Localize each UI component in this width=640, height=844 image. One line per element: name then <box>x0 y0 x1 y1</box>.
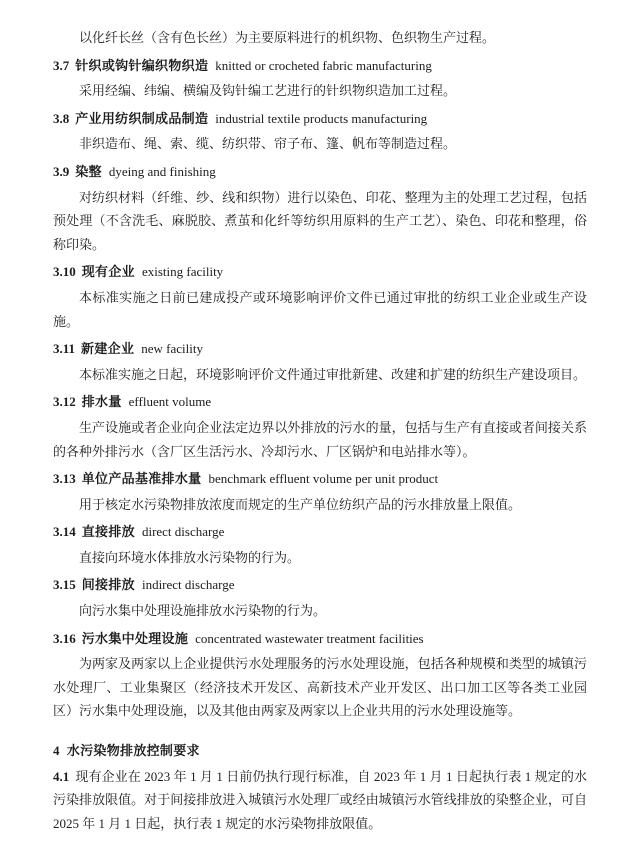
term-chinese: 染整 <box>75 164 102 179</box>
section-number: 3.15 <box>53 577 76 592</box>
definition-section-3-13: 3.13单位产品基准排水量benchmark effluent volume p… <box>53 467 587 516</box>
section-number: 3.16 <box>53 631 76 646</box>
definition-body: 采用经编、纬编、横编及钩针编工艺进行的针织物织造加工过程。 <box>53 79 587 103</box>
term-chinese: 直接排放 <box>82 524 135 539</box>
section-number: 3.13 <box>53 471 76 486</box>
term-chinese: 污水集中处理设施 <box>82 631 188 646</box>
term-english: knitted or crocheted fabric manufacturin… <box>215 58 432 73</box>
term-chinese: 排水量 <box>82 394 122 409</box>
definition-section-3-14: 3.14直接排放direct discharge 直接向环境水体排放水污染物的行… <box>53 520 587 569</box>
definition-heading: 3.15间接排放indirect discharge <box>53 573 587 597</box>
definition-body: 本标准实施之日前已建成投产或环境影响评价文件已通过审批的纺织工业企业或生产设施。 <box>53 286 587 333</box>
term-english: new facility <box>141 341 203 356</box>
section-number: 3.11 <box>53 341 75 356</box>
term-english: indirect discharge <box>142 577 235 592</box>
definition-heading: 3.10现有企业existing facility <box>53 260 587 284</box>
definition-section-3-7: 3.7针织或钩针编织物织造knitted or crocheted fabric… <box>53 54 587 103</box>
clause-body: 现有企业在 2023 年 1 月 1 日前仍执行现行标准，自 2023 年 1 … <box>53 769 587 831</box>
definition-section-3-11: 3.11新建企业new facility 本标准实施之日起，环境影响评价文件通过… <box>53 337 587 386</box>
term-english: concentrated wastewater treatment facili… <box>195 631 423 646</box>
chapter-heading: 4水污染物排放控制要求 <box>53 739 587 763</box>
section-number: 3.14 <box>53 524 76 539</box>
term-english: existing facility <box>142 264 223 279</box>
term-chinese: 产业用纺织制成品制造 <box>75 111 208 126</box>
definition-section-3-15: 3.15间接排放indirect discharge 向污水集中处理设施排放水污… <box>53 573 587 622</box>
term-chinese: 间接排放 <box>82 577 135 592</box>
definition-heading: 3.9染整dyeing and finishing <box>53 160 587 184</box>
definition-section-3-12: 3.12排水量effluent volume 生产设施或者企业向企业法定边界以外… <box>53 390 587 463</box>
section-number: 3.9 <box>53 164 69 179</box>
definition-section-3-10: 3.10现有企业existing facility 本标准实施之日前已建成投产或… <box>53 260 587 333</box>
term-chinese: 单位产品基准排水量 <box>82 471 202 486</box>
section-number: 3.10 <box>53 264 76 279</box>
definition-body: 本标准实施之日起，环境影响评价文件通过审批新建、改建和扩建的纺织生产建设项目。 <box>53 363 587 387</box>
document-page: 以化纤长丝（含有色长丝）为主要原料进行的机织物、色织物生产过程。 3.7针织或钩… <box>0 0 640 844</box>
chapter-number: 4 <box>53 743 60 758</box>
term-chinese: 现有企业 <box>82 264 135 279</box>
clause-number: 4.1 <box>53 769 69 784</box>
intro-paragraph: 以化纤长丝（含有色长丝）为主要原料进行的机织物、色织物生产过程。 <box>53 26 587 50</box>
definition-body: 为两家及两家以上企业提供污水处理服务的污水处理设施，包括各种规模和类型的城镇污水… <box>53 652 587 723</box>
clause-4-1: 4.1现有企业在 2023 年 1 月 1 日前仍执行现行标准，自 2023 年… <box>53 765 587 836</box>
definition-body: 用于核定水污染物排放浓度而规定的生产单位纺织产品的污水排放量上限值。 <box>53 493 587 517</box>
definition-heading: 3.16污水集中处理设施concentrated wastewater trea… <box>53 627 587 651</box>
definition-body: 直接向环境水体排放水污染物的行为。 <box>53 546 587 570</box>
term-english: effluent volume <box>129 394 211 409</box>
term-chinese: 新建企业 <box>81 341 134 356</box>
definition-section-3-9: 3.9染整dyeing and finishing 对纺织材料（纤维、纱、线和织… <box>53 160 587 256</box>
definition-body: 向污水集中处理设施排放水污染物的行为。 <box>53 599 587 623</box>
section-number: 3.12 <box>53 394 76 409</box>
term-chinese: 针织或钩针编织物织造 <box>75 58 208 73</box>
definition-section-3-16: 3.16污水集中处理设施concentrated wastewater trea… <box>53 627 587 723</box>
term-english: benchmark effluent volume per unit produ… <box>208 471 438 486</box>
section-number: 3.7 <box>53 58 69 73</box>
definition-heading: 3.13单位产品基准排水量benchmark effluent volume p… <box>53 467 587 491</box>
definition-heading: 3.11新建企业new facility <box>53 337 587 361</box>
term-english: direct discharge <box>142 524 224 539</box>
definition-heading: 3.7针织或钩针编织物织造knitted or crocheted fabric… <box>53 54 587 78</box>
term-english: industrial textile products manufacturin… <box>215 111 427 126</box>
chapter-title: 水污染物排放控制要求 <box>67 743 200 758</box>
definition-heading: 3.14直接排放direct discharge <box>53 520 587 544</box>
definition-body: 对纺织材料（纤维、纱、线和织物）进行以染色、印花、整理为主的处理工艺过程，包括预… <box>53 186 587 257</box>
term-english: dyeing and finishing <box>109 164 216 179</box>
definition-section-3-8: 3.8产业用纺织制成品制造industrial textile products… <box>53 107 587 156</box>
definition-heading: 3.8产业用纺织制成品制造industrial textile products… <box>53 107 587 131</box>
definition-body: 生产设施或者企业向企业法定边界以外排放的污水的量，包括与生产有直接或者间接关系的… <box>53 416 587 463</box>
definition-heading: 3.12排水量effluent volume <box>53 390 587 414</box>
section-number: 3.8 <box>53 111 69 126</box>
definition-body: 非织造布、绳、索、缆、纺织带、帘子布、篷、帆布等制造过程。 <box>53 132 587 156</box>
